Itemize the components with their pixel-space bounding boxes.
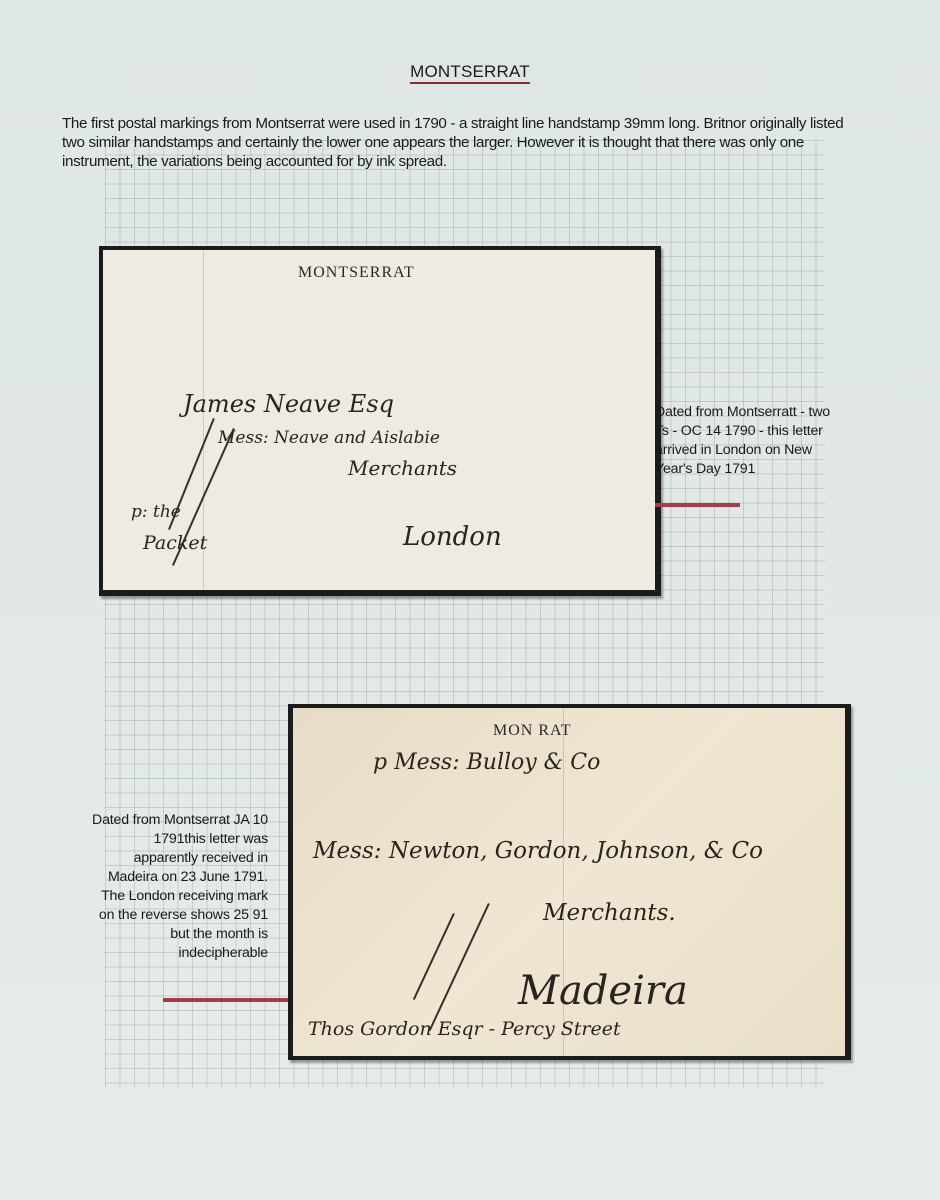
intro-paragraph: The first postal markings from Montserra…: [62, 114, 852, 171]
address-line: Mess: Newton, Gordon, Johnson, & Co: [313, 838, 763, 864]
page-title: MONTSERRAT: [0, 62, 940, 82]
handstamp: MONTSERRAT: [298, 264, 415, 282]
cover-1: MONTSERRAT James Neave Esq Mess: Neave a…: [99, 246, 661, 596]
caption-pointer-line: [655, 503, 740, 507]
caption-cover-1: Dated from Montserratt - two Ts - OC 14 …: [655, 403, 845, 479]
address-line: Mess: Neave and Aislabie: [218, 428, 440, 448]
cover-2: MON RAT p Mess: Bulloy & Co Mess: Newton…: [288, 704, 851, 1060]
address-line: Merchants: [348, 456, 457, 480]
endorsement: Packet: [143, 532, 207, 554]
forwarding-endorsement: p Mess: Bulloy & Co: [373, 750, 600, 775]
footer-endorsement: Thos Gordon Esqr - Percy Street: [308, 1018, 621, 1040]
album-page: MONTSERRAT The first postal markings fro…: [0, 0, 940, 1200]
rate-stroke: [429, 903, 490, 1031]
page-title-text: MONTSERRAT: [410, 62, 530, 84]
caption-cover-2: Dated from Montserrat JA 10 1791this let…: [90, 811, 268, 963]
address-line: London: [403, 522, 502, 552]
address-line: Merchants.: [543, 900, 676, 926]
caption-pointer-line: [163, 998, 288, 1002]
handstamp: MON RAT: [493, 722, 572, 740]
address-line: James Neave Esq: [183, 390, 394, 418]
endorsement: p: the: [131, 502, 181, 522]
address-line: Madeira: [518, 968, 688, 1014]
